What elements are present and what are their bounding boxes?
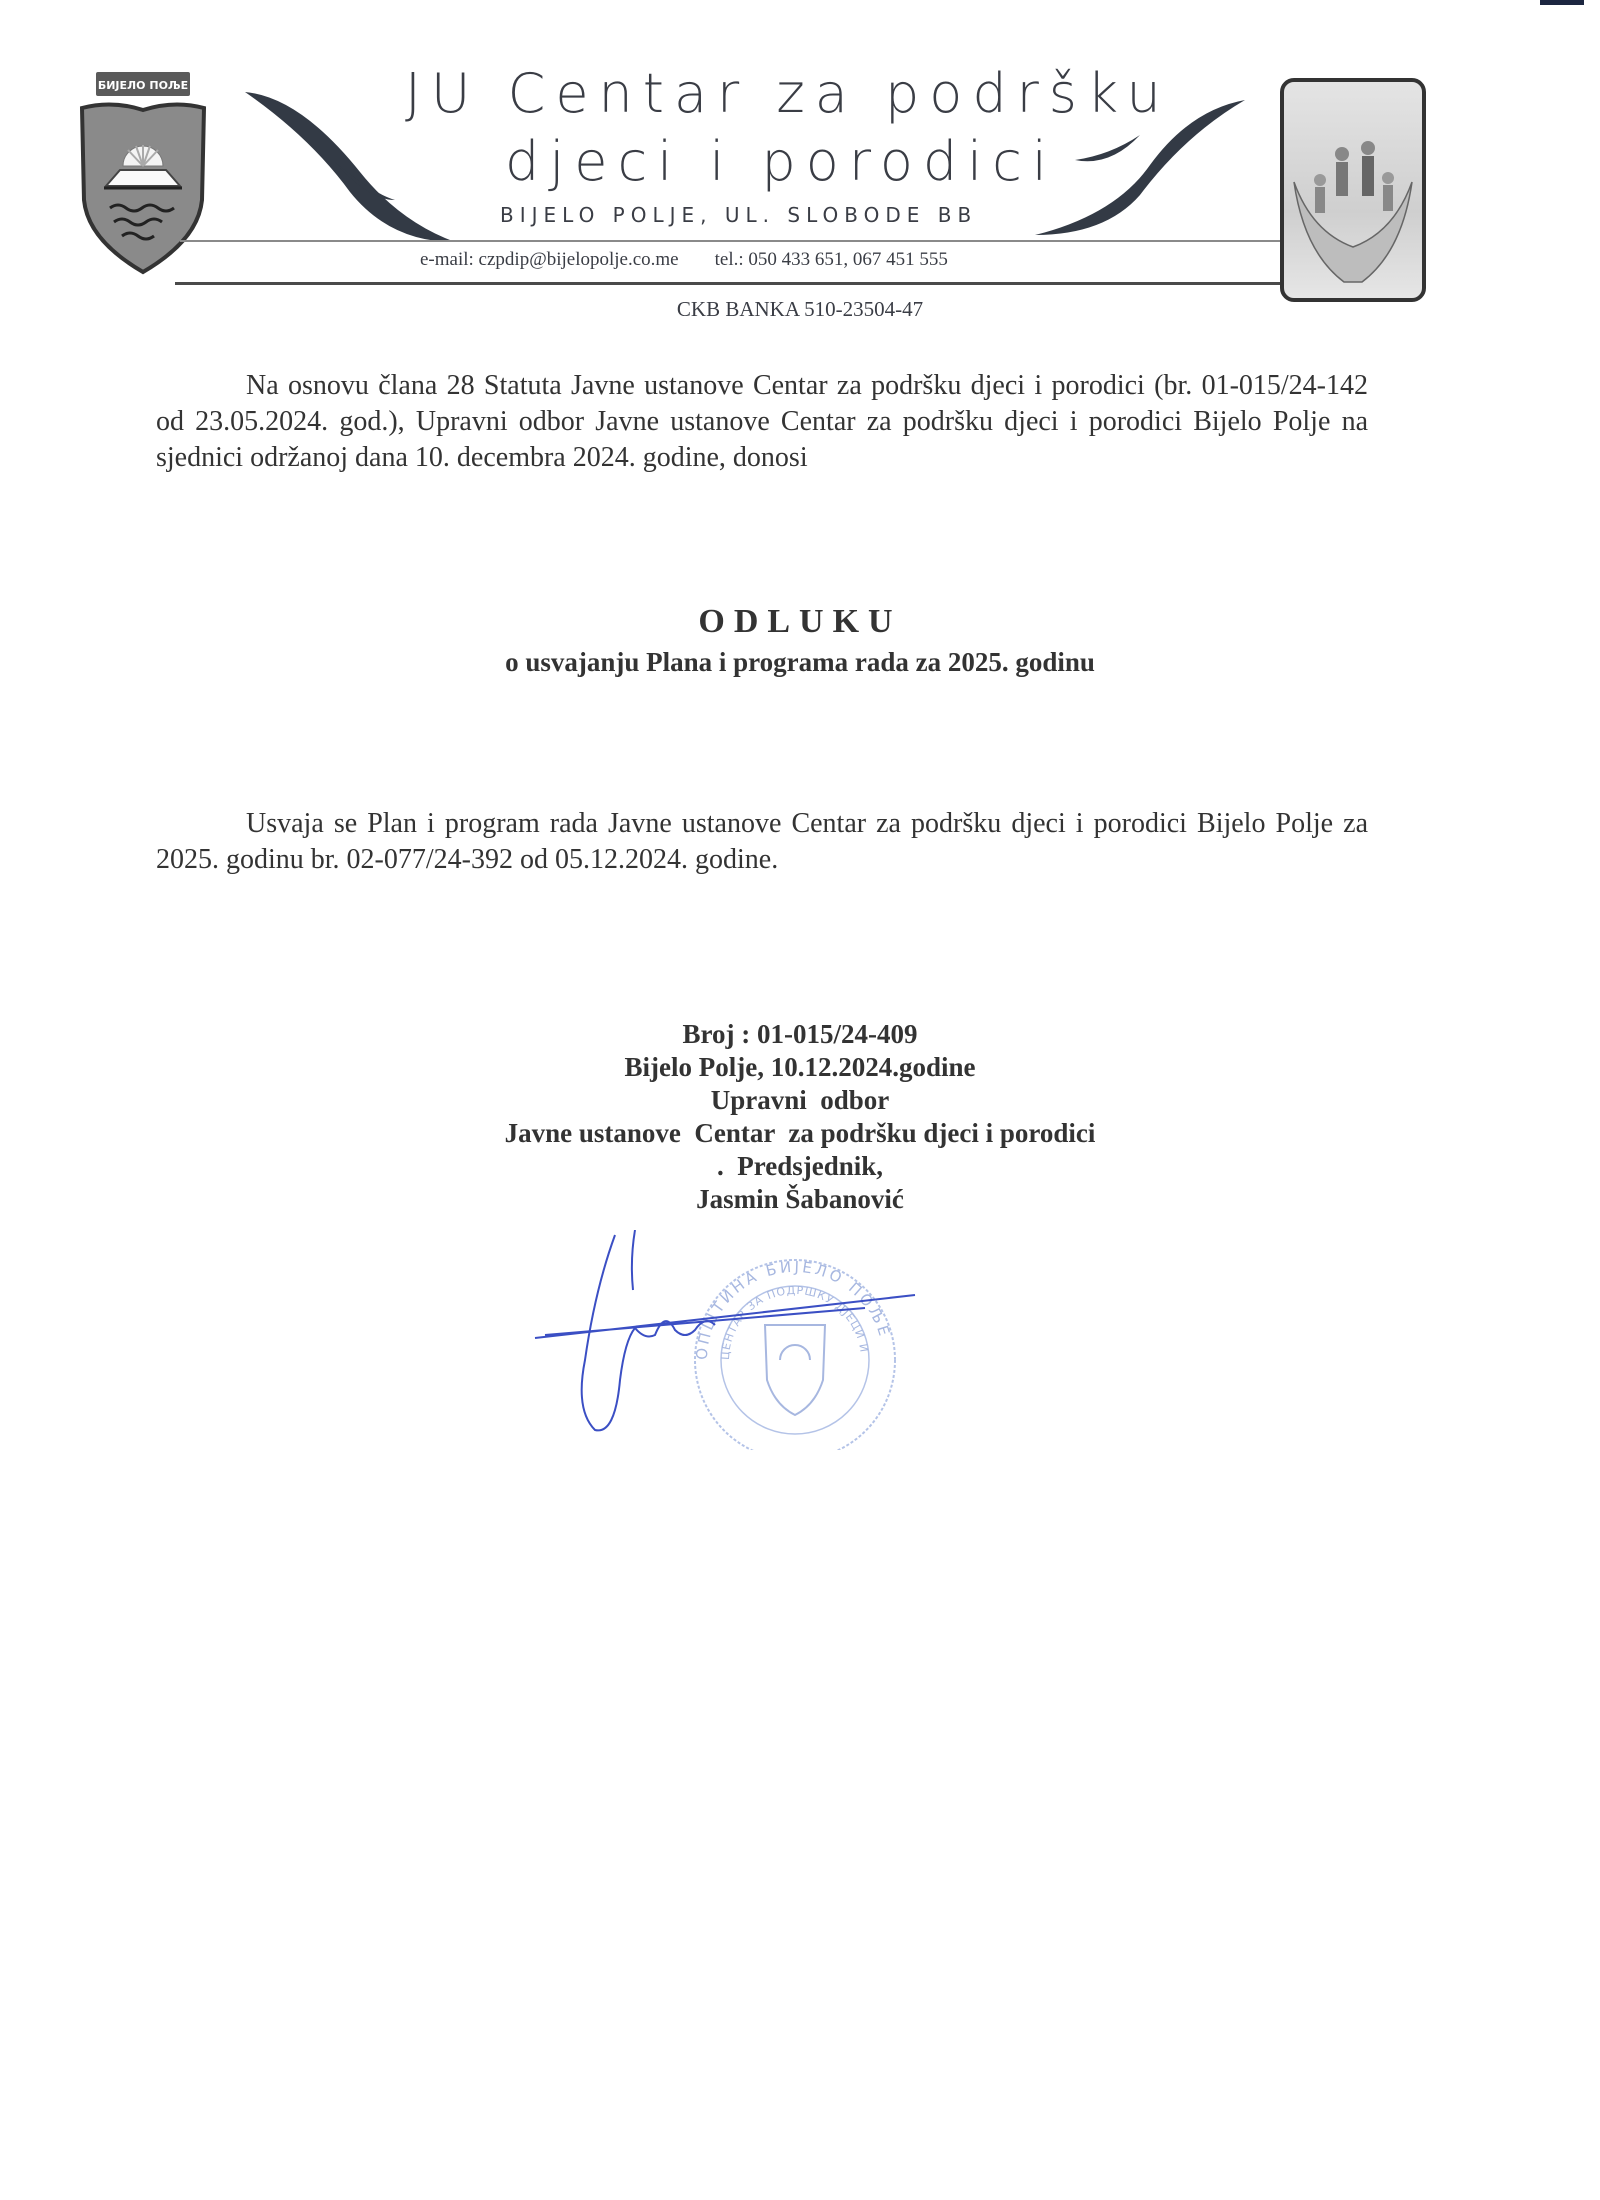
intro-paragraph: Na osnovu člana 28 Statuta Javne ustanov…	[156, 368, 1368, 476]
document-number: Broj : 01-015/24-409	[0, 1018, 1600, 1051]
family-illustration	[1280, 78, 1426, 302]
letterhead-rule-top	[180, 240, 1280, 242]
contact-phone: tel.: 050 433 651, 067 451 555	[715, 249, 948, 270]
swoosh-right-icon	[1030, 95, 1250, 240]
signatory-name: Jasmin Šabanović	[0, 1183, 1600, 1216]
institution-title-line2: djeci i porodici	[505, 130, 1057, 193]
signoff-block: Broj : 01-015/24-409 Bijelo Polje, 10.12…	[0, 1018, 1600, 1216]
official-stamp-icon: ОПШТИНА БИЈЕЛО ПОЉЕ ЦЕНТАР ЗА ПОДРШКУ ДЈ…	[590, 1230, 895, 1450]
municipal-crest-icon: БИЈЕЛО ПОЉЕ	[78, 70, 208, 275]
signatory-role: . Predsjednik,	[0, 1150, 1600, 1183]
decision-paragraph: Usvaja se Plan i program rada Javne usta…	[156, 806, 1368, 878]
scan-corner-mark	[1540, 0, 1584, 5]
hands-holding-children-icon	[1284, 82, 1422, 298]
decision-subtitle: o usvajanju Plana i programa rada za 202…	[0, 647, 1600, 678]
place-date: Bijelo Polje, 10.12.2024.godine	[0, 1051, 1600, 1084]
decision-title: ODLUKU	[0, 603, 1600, 641]
issuing-body: Upravni odbor	[0, 1084, 1600, 1117]
signature-and-stamp: ОПШТИНА БИЈЕЛО ПОЉЕ ЦЕНТАР ЗА ПОДРШКУ ДЈ…	[525, 1230, 925, 1450]
bank-account: CKB BANKA 510-23504-47	[0, 297, 1600, 322]
institution-address: BIJELO POLJE, UL. SLOBODE BB	[500, 203, 977, 227]
svg-text:БИЈЕЛО ПОЉЕ: БИЈЕЛО ПОЉЕ	[98, 79, 188, 92]
contact-email: e-mail: czpdip@bijelopolje.co.me	[420, 249, 679, 270]
contact-line: e-mail: czpdip@bijelopolje.co.metel.: 05…	[420, 249, 948, 271]
institution-name: Javne ustanove Centar za podršku djeci i…	[0, 1117, 1600, 1150]
letterhead-rule-bottom	[175, 282, 1285, 285]
